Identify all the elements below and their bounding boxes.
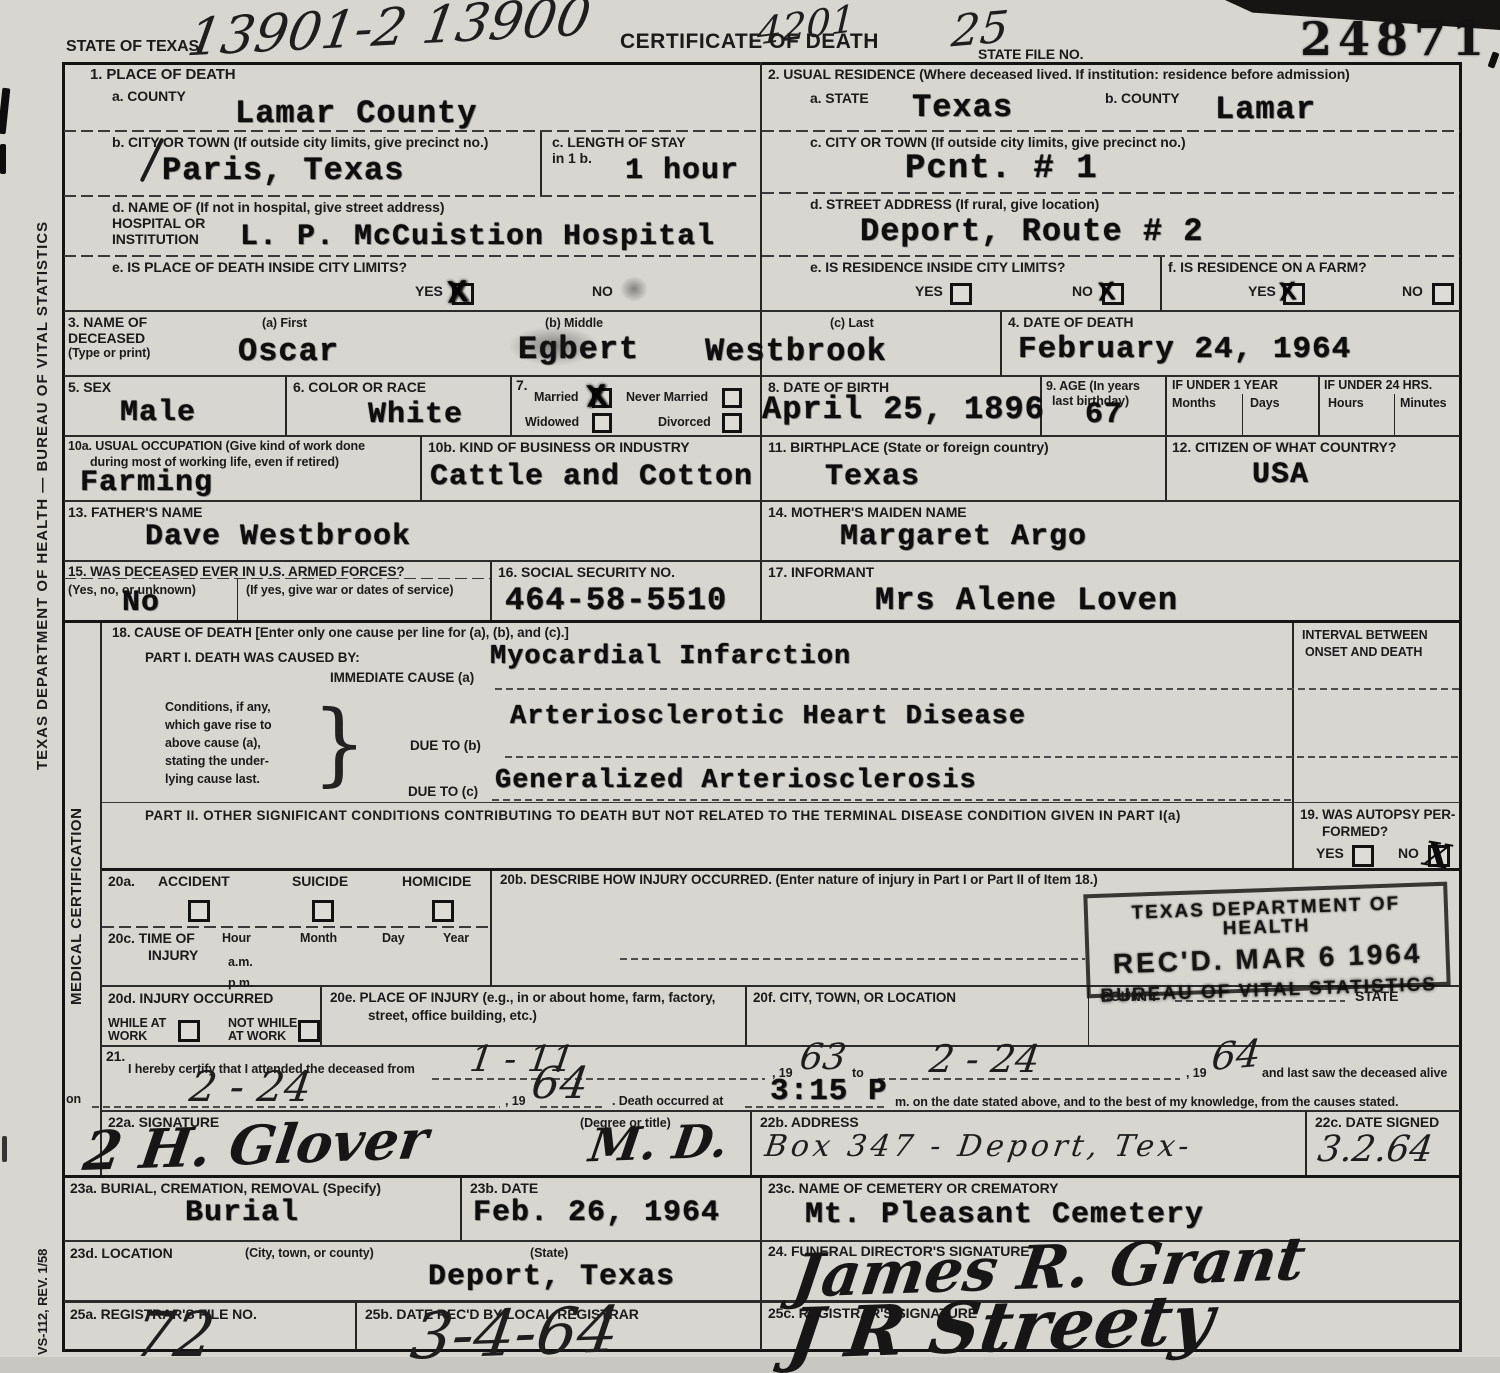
part1-label: PART I. DEATH WAS CAUSED BY: — [145, 650, 360, 666]
fill-line — [492, 799, 1292, 801]
burial-location-sublabel-1: (City, town, or county) — [245, 1246, 374, 1260]
pod-yes-x-mark: X — [446, 273, 469, 310]
year-19-c: , 19 — [505, 1094, 525, 1108]
divider-line — [100, 620, 102, 1175]
months-label: Months — [1172, 396, 1216, 410]
cause-a-value: Myocardial Infarction — [490, 644, 851, 671]
due-to-c-label: DUE TO (c) — [408, 784, 478, 800]
armed-forces-label: 15. WAS DECEASED EVER IN U.S. ARMED FORC… — [68, 564, 405, 580]
divider-line — [1394, 394, 1395, 435]
address-value: Box 347 - Deport, Tex- — [763, 1132, 1195, 1162]
am-label: a.m. — [228, 955, 253, 969]
res-farm-label: f. IS RESIDENCE ON A FARM? — [1168, 259, 1367, 275]
res-county-label: b. COUNTY — [1105, 90, 1180, 106]
divider-line — [320, 985, 322, 1045]
sex-value: Male — [120, 398, 196, 428]
pod-city-value: Paris, Texas — [162, 155, 404, 187]
age-value: 67 — [1085, 400, 1123, 430]
burial-date-value: Feb. 26, 1964 — [473, 1198, 720, 1228]
fill-line — [505, 756, 1460, 758]
last-name-label: (c) Last — [830, 316, 874, 330]
suicide-checkbox — [312, 900, 334, 922]
conditions-brace: } — [312, 692, 367, 797]
interval-label-2: ONSET AND DEATH — [1305, 645, 1422, 659]
not-while-at-work-label-2: AT WORK — [228, 1029, 286, 1043]
business-value: Cattle and Cotton — [430, 462, 753, 492]
received-stamp: TEXAS DEPARTMENT OF HEALTH REC'D. MAR 6 … — [1083, 882, 1450, 999]
divider-line — [1318, 375, 1320, 435]
part2-label: PART II. OTHER SIGNIFICANT CONDITIONS CO… — [145, 808, 1181, 824]
divider-line — [460, 1175, 462, 1240]
occupation-value: Farming — [80, 468, 213, 498]
res-limits-yes-label: YES — [915, 283, 943, 299]
handwritten-certificate-numbers: 13901-2 13900 — [184, 0, 594, 64]
autopsy-yes-label: YES — [1316, 845, 1344, 861]
state-of-texas-label: STATE OF TEXAS — [66, 38, 199, 56]
pod-county-label: a. COUNTY — [112, 88, 186, 104]
res-farm-yes-label: YES — [1248, 283, 1276, 299]
divider-line — [1305, 1110, 1307, 1175]
divider-line — [64, 375, 1460, 377]
divider-line — [420, 435, 422, 500]
interval-label-1: INTERVAL BETWEEN — [1302, 628, 1428, 642]
mother-name-value: Margaret Argo — [840, 522, 1087, 552]
death-certificate-scan: STATE OF TEXAS 13901-2 13900 CERTIFICATE… — [0, 0, 1500, 1373]
cause-of-death-title: 18. CAUSE OF DEATH [Enter only one cause… — [112, 625, 569, 641]
conditions-note-5: lying cause last. — [165, 772, 260, 786]
divider-line — [285, 375, 287, 435]
conditions-note-1: Conditions, if any, — [165, 700, 271, 714]
pm-label: p.m. — [228, 976, 253, 990]
divider-line — [64, 255, 758, 257]
fill-line — [620, 958, 1085, 960]
homicide-checkbox — [432, 900, 454, 922]
department-vertical-label: TEXAS DEPARTMENT OF HEALTH — BUREAU OF V… — [34, 250, 51, 770]
ink-smudge — [508, 326, 600, 366]
divider-line — [1165, 375, 1167, 435]
ssn-label: 16. SOCIAL SECURITY NO. — [498, 564, 675, 580]
armed-forces-sublabel-2: (If yes, give war or dates of service) — [246, 583, 453, 597]
time-of-injury-label-2: INJURY — [148, 947, 198, 963]
while-at-work-label-2: WORK — [108, 1029, 147, 1043]
divider-line — [102, 868, 1460, 871]
hospital-label-3: INSTITUTION — [112, 231, 199, 247]
res-farm-yes-x-mark: X — [1278, 275, 1297, 307]
last-seen-date: 2 - 24 — [187, 1066, 314, 1108]
year-value-b: 64 — [1210, 1034, 1262, 1076]
business-label: 10b. KIND OF BUSINESS OR INDUSTRY — [428, 439, 689, 455]
injury-city-label: 20f. CITY, TOWN, OR LOCATION — [753, 990, 956, 1006]
item-20a-label: 20a. — [108, 873, 135, 889]
days-label: Days — [1250, 396, 1279, 410]
date-of-birth-value: April 25, 1896 — [762, 394, 1045, 426]
last-name-value: Westbrook — [705, 336, 887, 368]
month-label: Month — [300, 931, 337, 945]
item-21-label: 21. — [106, 1048, 125, 1064]
year-value-c: 64 — [529, 1062, 591, 1106]
scan-artifact — [2, 1136, 7, 1162]
res-limits-no-x-mark: X — [1097, 275, 1116, 307]
hospital-label-1: d. NAME OF (If not in hospital, give str… — [112, 199, 444, 215]
place-of-injury-label-1: 20e. PLACE OF INJURY (e.g., in or about … — [330, 990, 715, 1006]
autopsy-no-label: NO — [1398, 845, 1419, 861]
divorced-checkbox — [722, 413, 742, 433]
cause-b-value: Arteriosclerotic Heart Disease — [510, 704, 1026, 731]
state-file-no-label: STATE FILE NO. — [978, 46, 1083, 62]
divider-line — [64, 310, 1460, 312]
divider-line — [102, 926, 490, 928]
death-time-value: 3:15 P — [770, 1076, 888, 1107]
date-signed-value: 3.2.64 — [1315, 1132, 1435, 1168]
registrar-file-value: 72 — [131, 1304, 219, 1366]
if-under-1-year-label: IF UNDER 1 YEAR — [1172, 378, 1278, 392]
divider-line — [490, 868, 492, 985]
certificate-number: 24871 — [1300, 12, 1490, 66]
name-label-2: DECEASED — [68, 330, 145, 346]
res-street-value: Deport, Route # 2 — [860, 216, 1203, 248]
scan-artifact — [0, 144, 6, 174]
date-of-death-value: February 24, 1964 — [1018, 334, 1351, 365]
autopsy-yes-checkbox — [1352, 845, 1374, 867]
day-label: Day — [382, 931, 405, 945]
mother-name-label: 14. MOTHER'S MAIDEN NAME — [768, 504, 967, 520]
certify-text-2: and last saw the deceased alive — [1262, 1066, 1447, 1080]
birthplace-value: Texas — [825, 462, 920, 492]
divider-line — [760, 1175, 762, 1300]
father-name-value: Dave Westbrook — [145, 522, 411, 552]
divider-line — [64, 1300, 1460, 1303]
divider-line — [1165, 435, 1167, 500]
never-married-checkbox — [722, 388, 742, 408]
burial-type-value: Burial — [185, 1198, 299, 1228]
citizen-label: 12. CITIZEN OF WHAT COUNTRY? — [1172, 439, 1396, 455]
father-name-label: 13. FATHER'S NAME — [68, 504, 202, 520]
scan-artifact — [0, 1357, 1500, 1373]
certify-text-3: m. on the date stated above, and to the … — [895, 1095, 1398, 1109]
attended-to-date: 2 - 24 — [927, 1040, 1042, 1078]
divider-line — [762, 130, 1460, 132]
on-label: on — [66, 1092, 81, 1106]
immediate-cause-label: IMMEDIATE CAUSE (a) — [330, 670, 474, 686]
length-of-stay-label: c. LENGTH OF STAY — [552, 134, 686, 150]
stamp-line-1: TEXAS DEPARTMENT OF HEALTH — [1088, 893, 1445, 943]
widowed-label: Widowed — [525, 415, 579, 429]
hospital-value: L. P. McCuistion Hospital — [240, 222, 715, 252]
divider-line — [762, 192, 1460, 194]
injury-occurred-label: 20d. INJURY OCCURRED — [108, 990, 273, 1006]
name-label-1: 3. NAME OF — [68, 314, 147, 330]
address-label: 22b. ADDRESS — [760, 1114, 859, 1130]
time-of-injury-label-1: 20c. TIME OF — [108, 930, 195, 946]
res-limits-yes-checkbox — [950, 283, 972, 305]
cemetery-label: 23c. NAME OF CEMETERY OR CREMATORY — [768, 1180, 1058, 1196]
first-name-label: (a) First — [262, 316, 307, 330]
conditions-note-2: which gave rise to — [165, 718, 272, 732]
pod-city-limits-label: e. IS PLACE OF DEATH INSIDE CITY LIMITS? — [112, 259, 407, 275]
armed-forces-value: No — [122, 588, 160, 618]
registrar-date-value: 3-4-64 — [407, 1298, 623, 1369]
suicide-label: SUICIDE — [292, 873, 348, 889]
divider-line — [1160, 255, 1162, 310]
pod-county-value: Lamar County — [235, 98, 477, 130]
stamp-line-2: REC'D. MAR 6 1964 — [1089, 939, 1446, 979]
pod-city-label: b. CITY OR TOWN (If outside city limits,… — [112, 134, 488, 150]
res-street-label: d. STREET ADDRESS (If rural, give locati… — [810, 196, 1099, 212]
cause-c-value: Generalized Arteriosclerosis — [495, 768, 977, 795]
res-city-limits-label: e. IS RESIDENCE INSIDE CITY LIMITS? — [810, 259, 1065, 275]
length-of-stay-sublabel: in 1 b. — [552, 150, 592, 166]
form-code-vertical-label: VS-112, REV. 1/58 — [36, 1185, 51, 1355]
hour-label: Hour — [222, 931, 251, 945]
divider-line — [64, 560, 1460, 562]
burial-date-label: 23b. DATE — [470, 1180, 538, 1196]
informant-label: 17. INFORMANT — [768, 564, 874, 580]
sex-label: 5. SEX — [68, 379, 111, 395]
age-label-1: 9. AGE (In years — [1046, 379, 1140, 393]
divider-line — [64, 620, 1460, 623]
divider-line — [540, 130, 542, 195]
minutes-label: Minutes — [1400, 396, 1447, 410]
race-label: 6. COLOR OR RACE — [293, 379, 426, 395]
widowed-checkbox — [592, 413, 612, 433]
divorced-label: Divorced — [658, 415, 711, 429]
burial-location-sublabel-2: (State) — [530, 1246, 568, 1260]
divider-line — [760, 1300, 762, 1350]
divider-line — [762, 255, 1460, 257]
hospital-label-2: HOSPITAL OR — [112, 215, 205, 231]
res-limits-no-label: NO — [1072, 283, 1093, 299]
fill-line — [495, 688, 1460, 690]
accident-checkbox — [188, 900, 210, 922]
hours-label: Hours — [1328, 396, 1364, 410]
length-of-stay-value: 1 hour — [625, 156, 739, 186]
divider-line — [237, 578, 238, 620]
describe-injury-label: 20b. DESCRIBE HOW INJURY OCCURRED. (Ente… — [500, 872, 1098, 888]
divider-line — [1242, 394, 1243, 435]
res-city-value: Pcnt. # 1 — [905, 152, 1098, 186]
conditions-note-4: stating the under- — [165, 754, 269, 768]
divider-line — [745, 985, 747, 1045]
year-label: Year — [443, 931, 469, 945]
res-state-value: Texas — [912, 92, 1013, 124]
ssn-value: 464-58-5510 — [505, 585, 727, 617]
divider-line — [64, 500, 1460, 502]
res-farm-no-checkbox — [1432, 283, 1454, 305]
name-label-3: (Type or print) — [68, 346, 150, 360]
year-value-a: 63 — [797, 1040, 848, 1076]
divider-line — [1292, 620, 1294, 868]
while-at-work-checkbox — [178, 1020, 200, 1042]
accident-label: ACCIDENT — [158, 873, 230, 889]
res-farm-no-label: NO — [1402, 283, 1423, 299]
homicide-label: HOMICIDE — [402, 873, 471, 889]
death-occurred-at-label: . Death occurred at — [612, 1094, 723, 1108]
pod-no-label: NO — [592, 283, 613, 299]
place-of-injury-label-2: street, office building, etc.) — [368, 1008, 537, 1024]
divider-line — [510, 375, 512, 435]
occupation-label-1: 10a. USUAL OCCUPATION (Give kind of work… — [68, 439, 365, 453]
conditions-note-3: above cause (a), — [165, 736, 261, 750]
physician-signature: 2 H. Glover — [80, 1112, 431, 1178]
marital-status-label: 7. — [516, 377, 527, 393]
autopsy-label-2: FORMED? — [1322, 824, 1388, 840]
burial-location-label: 23d. LOCATION — [70, 1245, 173, 1261]
never-married-label: Never Married — [626, 390, 708, 404]
citizen-value: USA — [1252, 460, 1309, 490]
state-label: STATE — [1355, 988, 1398, 1004]
divider-line — [750, 1110, 752, 1175]
race-value: White — [368, 400, 463, 430]
divider-line — [64, 195, 758, 197]
year-19-b: , 19 — [1186, 1066, 1206, 1080]
res-state-label: a. STATE — [810, 90, 869, 106]
degree-value: M. D. — [586, 1118, 730, 1169]
autopsy-label-1: 19. WAS AUTOPSY PER- — [1300, 807, 1455, 823]
first-name-value: Oscar — [238, 336, 339, 368]
cemetery-value: Mt. Pleasant Cemetery — [805, 1200, 1204, 1230]
birthplace-label: 11. BIRTHPLACE (State or foreign country… — [768, 439, 1049, 455]
due-to-b-label: DUE TO (b) — [410, 738, 481, 754]
if-under-24-hrs-label: IF UNDER 24 HRS. — [1324, 378, 1432, 392]
married-label: Married — [534, 390, 578, 404]
married-x-mark: X — [585, 377, 608, 414]
informant-value: Mrs Alene Loven — [875, 585, 1178, 617]
divider-line — [64, 435, 1460, 437]
usual-residence-title: 2. USUAL RESIDENCE (Where deceased lived… — [768, 66, 1350, 82]
not-while-at-work-checkbox — [298, 1020, 320, 1042]
scan-artifact — [0, 88, 10, 135]
res-county-value: Lamar — [1215, 94, 1316, 126]
divider-line — [355, 1300, 357, 1350]
county-label: COUNTY — [1100, 988, 1159, 1004]
ink-smudge — [620, 276, 648, 302]
burial-type-label: 23a. BURIAL, CREMATION, REMOVAL (Specify… — [70, 1180, 381, 1196]
date-of-death-label: 4. DATE OF DEATH — [1008, 314, 1133, 330]
registrar-signature: J R Streety — [784, 1285, 1218, 1370]
place-of-death-title: 1. PLACE OF DEATH — [90, 66, 236, 83]
res-city-label: c. CITY OR TOWN (If outside city limits,… — [810, 134, 1186, 150]
divider-line — [490, 560, 492, 620]
date-signed-label: 22c. DATE SIGNED — [1315, 1114, 1439, 1130]
divider-line — [1000, 310, 1002, 375]
divider-line — [102, 802, 1460, 803]
burial-location-value: Deport, Texas — [428, 1262, 675, 1292]
pod-yes-label: YES — [415, 283, 443, 299]
